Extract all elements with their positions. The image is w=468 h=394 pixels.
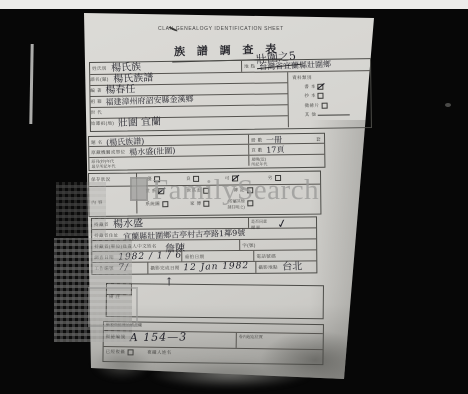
reel-position-cell: 卷內起迄位置 — [237, 333, 323, 349]
scanned-document: CLAN GENEALOGY IDENTIFICATION SHEET 族 譜 … — [0, 0, 468, 394]
material-other-blank-line — [318, 109, 350, 115]
place-cell: 地 點 台灣省宜蘭縣壯圍鄉 — [242, 59, 370, 72]
original-date-cell: 原刊(抄)年代 最早所記年代 — [89, 155, 249, 168]
phone-label: 電話號碼 — [256, 252, 276, 259]
surname-label: 姓氏別 — [92, 64, 107, 71]
alias-label: 字(號) — [242, 241, 256, 248]
dates-row: 原刊(抄)年代 最早所記年代 最晚(近) 所記年代 — [89, 154, 324, 168]
material-manuscript-checkbox — [318, 93, 324, 99]
material-option-manuscript: 抄 本 — [304, 90, 368, 99]
scan-shadow-blob-bottom — [150, 360, 310, 388]
volume-set-label: 套 — [316, 135, 321, 142]
scanner-edge-strip — [0, 0, 468, 9]
material-option-book: 書 本 — [304, 81, 368, 90]
phone-cell: 電話號碼 — [254, 250, 316, 260]
familysearch-watermark: FamilySearch — [130, 177, 319, 204]
material-type-header: 資料類別 — [292, 72, 368, 80]
author-handwriting: 楊春任 — [106, 85, 136, 95]
film-place-handwriting: 台北 — [282, 262, 302, 272]
material-microfilm-label: 微捲片 — [305, 100, 320, 107]
volume-count-label: 冊 數 — [251, 136, 263, 143]
alias-cell: 字(號) — [240, 239, 316, 250]
condition-label: 保存狀況 — [91, 175, 111, 182]
surname-cell: 姓氏別 楊氏族 — [90, 61, 242, 74]
film-date-handwriting: 12 Jan 1982 — [184, 262, 250, 273]
latest-date-cell: 最晚(近) 所記年代 — [249, 154, 324, 165]
earliest-date-label: 最早所記年代 — [91, 164, 115, 170]
material-type-column: 資料類別 書 本 抄 本 微捲片 其 他 — [288, 71, 371, 127]
identification-body: 譜名(題) 楊氏族譜 編 著 楊春任 祖 籍 福建漳州府詔安縣金溪鄉 世 代 — [90, 71, 371, 130]
volume-title-label: 題 名 — [91, 138, 103, 145]
latest-date-label2: 所記年代 — [251, 162, 267, 168]
consent-cell: 是否同意 攝 影 ✓ — [248, 217, 316, 227]
place-handwriting: 台灣省宜蘭縣壯圍鄉 — [259, 60, 331, 72]
origin-handwriting: 福建漳州府詔安縣金溪鄉 — [106, 94, 194, 107]
material-option-other: 其 他 — [305, 109, 369, 117]
title-handwriting: 楊氏族譜 — [113, 74, 153, 85]
title-label: 譜名(題) — [90, 75, 109, 82]
material-other-label: 其 他 — [305, 110, 317, 117]
first-migrant-label: 始遷祖(地) — [91, 119, 115, 126]
page-count-label: 頁 數 — [251, 146, 263, 153]
volume-count-cell: 冊 數 一冊 套 — [249, 134, 324, 144]
film-place-cell: 攝影地點 台北 — [256, 261, 316, 272]
volume-table: 題 名 (楊氏族譜) 冊 數 一冊 套 原藏機關或單位 楊水盛(壯圍) 頁 數 … — [88, 133, 325, 171]
field-row-first-migrant: 始遷祖(地) 壯圍 宜蘭 — [91, 116, 288, 130]
scan-shadow-blob-left — [92, 348, 152, 380]
surname-handwriting: 楊氏族 — [111, 63, 141, 73]
familysearch-logo-icon — [130, 177, 148, 201]
author-label: 編 著 — [90, 86, 102, 93]
reel-position-label: 卷內起迄位置 — [239, 334, 263, 340]
retake-label: 重拍日期 — [185, 252, 205, 259]
place-label: 地 點 — [244, 62, 256, 69]
familysearch-watermark-text: FamilySearch — [152, 177, 319, 204]
volume-count-handwriting: 一冊 — [266, 135, 282, 145]
film-date-cell: 攝影完成日期 12 Jan 1982 — [148, 262, 256, 274]
material-manuscript-label: 抄 本 — [304, 91, 316, 98]
holder-handwriting: 楊水盛 — [113, 219, 143, 229]
identification-fields: 譜名(題) 楊氏族譜 編 著 楊春任 祖 籍 福建漳州府詔安縣金溪鄉 世 代 — [90, 72, 289, 130]
pixel-stamp-watermark-upper — [56, 182, 106, 236]
scan-speck-right — [445, 103, 451, 107]
material-book-label: 書 本 — [304, 81, 316, 88]
material-book-checkbox — [318, 83, 324, 89]
holding-org-label: 原藏機關或單位 — [91, 148, 125, 155]
holder-cell: 持藏者 楊水盛 — [92, 218, 248, 229]
film-date-label: 攝影完成日期 — [150, 263, 179, 270]
microfilm-number-handwriting: A 154—3 — [129, 332, 187, 342]
remarks-box: 備 註 — [106, 283, 324, 319]
page-count-cell: 頁 數 17頁 — [249, 144, 324, 154]
material-option-microfilm: 微捲片 — [305, 100, 369, 109]
page-count-handwriting: 17頁 — [266, 145, 285, 155]
generations-label: 世 代 — [91, 108, 103, 115]
retake-cell: 重拍日期 — [183, 251, 255, 262]
origin-label: 祖 籍 — [90, 97, 102, 104]
stamp-frame-watermark — [88, 287, 138, 327]
identification-table: 姓氏別 楊氏族 地 點 台灣省宜蘭縣壯圍鄉 譜名(題) 楊氏族譜 編 著 楊春 — [89, 58, 372, 132]
film-place-label: 攝影地點 — [258, 263, 278, 270]
material-microfilm-checkbox — [321, 102, 327, 108]
first-migrant-handwriting: 壯圍 宜蘭 — [118, 117, 162, 128]
